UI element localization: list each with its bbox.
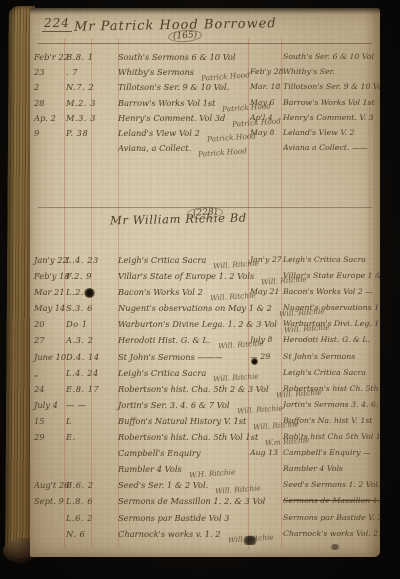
ledger-row: „L.4. 24Leigh's Critica SacraWill. Ritch…: [34, 368, 248, 384]
ledger-row: Mar 21L.2. 9Bacon's Works Vol 2Will. Rit…: [34, 287, 248, 303]
row-date: May 14: [34, 303, 66, 313]
row-date: Feb'y 28: [250, 67, 283, 76]
row-title: Jortin's Ser. 3. 4. 6 & 7 Vol: [118, 400, 230, 410]
row-date: Jan'y 22: [34, 255, 66, 265]
ledger-row: Sermons de Massillon 1. 2. 3 V.: [250, 496, 368, 512]
row-title: Jortin's Sermons 3. 4. 6. 7 V.: [283, 400, 380, 409]
row-date: 20: [34, 319, 66, 329]
ledger-row: Ap'l 4Henry's Comment. V. 3: [250, 113, 368, 128]
row-date: June 10: [34, 352, 66, 362]
row-date: Ap. 2: [34, 113, 66, 123]
row-date: Feb'r 22: [34, 52, 66, 62]
ledger-row: Seed's Sermons 1. 2 Vol.: [250, 480, 368, 496]
row-date: 27: [34, 335, 66, 345]
ink-blot: [251, 358, 258, 365]
ledger-row: July 4— —Jortin's Ser. 3. 4. 6 & 7 VolWi…: [34, 400, 248, 416]
row-date: Feb'y 18: [34, 271, 66, 281]
row-mark: M.2. 3: [66, 98, 118, 108]
ledger-row: 27A.3. 2Herodoti Hist. G. & L.Will. Ritc…: [34, 335, 248, 351]
row-title: Sermons de Massillon 1. 2. & 3 Vol: [118, 496, 265, 506]
ledger-row: Rob'ts hist Cha 5th Vol 1st: [250, 432, 368, 448]
ledger-row: Aug't 26B.6. 2Seed's Ser. 1 & 2 Vol.Will…: [34, 480, 248, 496]
row-title: Nugent's observations on May 1 & 2: [118, 303, 272, 313]
ledger-row: Jan'y 27Leigh's Critica Sacra: [250, 255, 368, 271]
row-date: May 6: [250, 98, 283, 107]
row-date: Jan'y 27: [250, 255, 283, 264]
ledger-row: 15LBuffon's Natural History V. 1stWill. …: [34, 416, 248, 432]
ledger-row: Rambler 4 Vols: [250, 464, 368, 480]
ink-blot: [84, 288, 95, 298]
ledger-row: Sept. 9L.8. 6Sermons de Massillon 1. 2. …: [34, 496, 248, 512]
row-title: Herodoti Hist. G. & L.: [283, 335, 370, 344]
row-title: St John's Sermons ———: [118, 352, 222, 362]
ledger-row: May 6Barrow's Works Vol 1st: [250, 98, 368, 113]
row-title: Barrow's Works Vol 1st: [118, 98, 215, 108]
row-date: May 8: [250, 128, 283, 137]
ledger-row: Aviana, a Collect.Patrick Hood: [34, 143, 248, 158]
row-title: Bacon's Works Vol 2 —: [283, 287, 373, 296]
ledger-row: June 10D.4. 14St John's Sermons ———: [34, 352, 248, 368]
row-mark: S.3. 6: [66, 303, 118, 313]
row-mark: L.4. 24: [66, 368, 118, 378]
ledger-row: Leigh's Critica Sacra: [250, 368, 368, 384]
section1-borrowed-list: Feb'r 22B.8. 1South's Sermons 6 & 10 Vol…: [34, 52, 248, 158]
row-title: Barrow's Works Vol 1st: [283, 98, 375, 107]
row-date: Aug't 26: [34, 480, 66, 490]
row-date: Aug 13: [250, 448, 283, 457]
ledger-row: 2N.7. 2Tillotson's Ser. 9 & 10 Vol.: [34, 82, 248, 97]
row-mark: M.3. 3: [66, 113, 118, 123]
ledger-row: South's Ser. 6 & 10 Vol: [250, 52, 368, 67]
row-title: Whitby's Ser.: [283, 67, 335, 76]
row-mark: P. 38: [66, 128, 118, 138]
ledger-row: Jan'y 22L.4. 23Leigh's Critica SacraWill…: [34, 255, 248, 271]
row-date: Sept. 9: [34, 496, 66, 506]
row-date: „: [34, 368, 66, 378]
row-date: July 8: [250, 335, 283, 344]
row-title: Villar's State of Europe 1. 2 Vols: [118, 271, 254, 281]
row-title: Leland's View Vol 2: [118, 128, 200, 138]
row-title: Bacon's Works Vol 2: [118, 287, 203, 297]
ledger-row: Aug 13Campbell's Enquiry —: [250, 448, 368, 464]
header-reference-number: (165): [168, 29, 203, 43]
row-date: Ap'l 4: [250, 113, 283, 122]
ledger-row: Ap. 2M.3. 3Henry's Comment. Vol 3dPatric…: [34, 113, 248, 128]
row-title: Rambler 4 Vols: [118, 464, 182, 474]
row-mark: B.8. 1: [66, 52, 118, 62]
row-title: Campbell's Enquiry: [118, 448, 201, 458]
ledger-row: Aviana a Collect. ——: [250, 143, 368, 158]
row-title: Leigh's Critica Sacra: [118, 368, 206, 378]
ledger-row: 29E.Robertson's hist. Cha. 5th Vol 1stW.…: [34, 432, 248, 448]
ledger-row: Feb'y 28Whitby's Ser.: [250, 67, 368, 82]
row-mark: . 7: [66, 67, 118, 77]
row-mark: A.3. 2: [66, 335, 118, 345]
row-title: Whitby's Sermons: [118, 67, 194, 77]
row-mark: B.6. 2: [66, 480, 118, 490]
row-title: Sermons par Bastide V. 3: [283, 513, 380, 522]
ink-smudge: [242, 536, 258, 545]
row-title: Robertson's hist. Cha. 5th Vol 1st: [118, 432, 258, 442]
ledger-row: Robertson's hist Ch. 5th 2 & 3 V.: [250, 384, 368, 400]
row-date: 29: [34, 432, 66, 442]
row-date: Mar 21: [34, 287, 66, 297]
ledger-row: 23. 7Whitby's SermonsPatrick Hood: [34, 67, 248, 82]
row-title: Seed's Ser. 1 & 2 Vol.: [118, 480, 208, 490]
ledger-row: Nugent's observations 1 & 2 V.: [250, 303, 368, 319]
row-title: Rob'ts hist Cha 5th Vol 1st: [283, 432, 380, 441]
ledger-row: 24E.8. 17Robertson's hist. Cha. 5th 2 & …: [34, 384, 248, 400]
row-title: Villar's State Europe 1 & 2 V.: [283, 271, 380, 280]
ledger-row: 20Do 1Warburton's Divine Lega. 1. 2 & 3 …: [34, 319, 248, 335]
row-title: Sermons de Massillon 1. 2. 3 V.: [283, 496, 380, 505]
ledger-row: Charnock's works Vol. 2.: [250, 529, 368, 545]
row-date: 2: [34, 82, 66, 92]
ledger-row: Warburton's Divi. Leg. 1. 2 & 3 V.: [250, 319, 368, 335]
row-title: Buffon's Na. hist V. 1st: [283, 416, 373, 425]
row-date: 23: [34, 67, 66, 77]
row-title: Robertson's hist. Cha. 5th 2 & 3 Vol: [118, 384, 269, 394]
row-date: Mar. 18: [250, 82, 283, 91]
row-title: Warburton's Divi. Leg. 1. 2 & 3 V.: [283, 319, 380, 328]
row-mark: N.7. 2: [66, 82, 118, 92]
ledger-row: — 29St John's Sermons: [250, 352, 368, 368]
ledger-row: Jortin's Sermons 3. 4. 6. 7 V.: [250, 400, 368, 416]
row-mark: Do 1: [66, 319, 118, 329]
row-date: 24: [34, 384, 66, 394]
row-title: Herodoti Hist. G. & L.: [118, 335, 211, 345]
row-mark: E.: [66, 432, 118, 442]
row-date: 15: [34, 416, 66, 426]
row-title: Sermons par Bastide Vol 3: [118, 513, 229, 523]
row-title: Tillotson's Ser. 9 & 10 Vol.: [283, 82, 380, 91]
section1-returned-list: South's Ser. 6 & 10 VolFeb'y 28Whitby's …: [250, 52, 368, 158]
row-mark: — —: [66, 400, 118, 410]
row-sig: Patrick Hood: [198, 146, 247, 158]
ledger-page: 224 Mr Patrick Hood Borrowed (165) Feb'r…: [30, 8, 380, 557]
row-title: Nugent's observations 1 & 2 V.: [283, 303, 380, 312]
row-title: Aviana, a Collect.: [118, 143, 191, 153]
row-title: Aviana a Collect. ——: [283, 143, 367, 152]
row-title: South's Sermons 6 & 10 Vol: [118, 52, 236, 62]
ledger-row: 9P. 38Leland's View Vol 2Patrick Hood: [34, 128, 248, 143]
ledger-row: N. 6Charnock's works v. 1. 2Will. Ritchi…: [34, 529, 248, 545]
row-mark: F.2. 9: [66, 271, 118, 281]
row-title: Charnock's works v. 1. 2: [118, 529, 221, 539]
ledger-row: 28M.2. 3Barrow's Works Vol 1stPatrick Ho…: [34, 98, 248, 113]
ledger-row: Feb'r 22B.8. 1South's Sermons 6 & 10 Vol: [34, 52, 248, 67]
row-title: Campbell's Enquiry —: [283, 448, 371, 457]
row-date: July 4: [34, 400, 66, 410]
row-title: Rambler 4 Vols: [283, 464, 343, 473]
section2-returned-list: Jan'y 27Leigh's Critica SacraVillar's St…: [250, 255, 368, 545]
row-mark: L.6. 2: [66, 513, 118, 523]
section2-borrowed-list: Jan'y 22L.4. 23Leigh's Critica SacraWill…: [34, 255, 248, 545]
header-rule: [38, 43, 372, 44]
page-number: 224: [42, 16, 72, 32]
ledger-row: Campbell's Enquiry: [34, 448, 248, 464]
row-title: Leigh's Critica Sacra: [283, 368, 366, 377]
row-title: Leigh's Critica Sacra: [118, 255, 206, 265]
row-title: Robertson's hist Ch. 5th 2 & 3 V.: [283, 384, 380, 393]
row-title: South's Ser. 6 & 10 Vol: [283, 52, 374, 61]
ledger-row: May 14S.3. 6Nugent's observations on May…: [34, 303, 248, 319]
row-title: Tillotson's Ser. 9 & 10 Vol.: [118, 82, 229, 92]
section2-title: Mr William Richie Bd: [110, 211, 247, 228]
ledger-row: L.6. 2Sermons par Bastide Vol 3: [34, 513, 248, 529]
row-title: Charnock's works Vol. 2.: [283, 529, 380, 538]
ledger-row: Sermons par Bastide V. 3: [250, 513, 368, 529]
row-mark: L.8. 6: [66, 496, 118, 506]
row-title: Henry's Comment. V. 3: [283, 113, 374, 122]
row-title: Leigh's Critica Sacra: [283, 255, 366, 264]
row-title: Buffon's Natural History V. 1st: [118, 416, 246, 426]
ledger-row: May 8Leland's View V. 2: [250, 128, 368, 143]
row-date: May 21: [250, 287, 283, 296]
ledger-row: May 21Bacon's Works Vol 2 —: [250, 287, 368, 303]
ledger-row: Mar. 18Tillotson's Ser. 9 & 10 Vol.: [250, 82, 368, 97]
row-title: Leland's View V. 2: [283, 128, 355, 137]
ledger-row: Rambler 4 VolsW.H. Ritchie: [34, 464, 248, 480]
row-title: St John's Sermons: [283, 352, 355, 361]
row-mark: E.8. 17: [66, 384, 118, 394]
row-mark: L.4. 23: [66, 255, 118, 265]
row-title: Henry's Comment. Vol 3d: [118, 113, 225, 123]
row-sig: Patrick Hood: [201, 70, 250, 82]
ink-smudge: [330, 544, 340, 550]
row-mark: D.4. 14: [66, 352, 118, 362]
row-mark: L: [66, 416, 118, 426]
ledger-row: Buffon's Na. hist V. 1st: [250, 416, 368, 432]
row-mark: N. 6: [66, 529, 118, 539]
ledger-row: July 8Herodoti Hist. G. & L.: [250, 335, 368, 351]
row-date: 28: [34, 98, 66, 108]
row-title: Seed's Sermons 1. 2 Vol.: [283, 480, 380, 489]
page-top-shadow: [30, 8, 380, 14]
ledger-row: Feb'y 18F.2. 9Villar's State of Europe 1…: [34, 271, 248, 287]
row-sig: W.H. Ritchie: [189, 468, 236, 480]
ledger-row: Villar's State Europe 1 & 2 V.: [250, 271, 368, 287]
row-date: 9: [34, 128, 66, 138]
